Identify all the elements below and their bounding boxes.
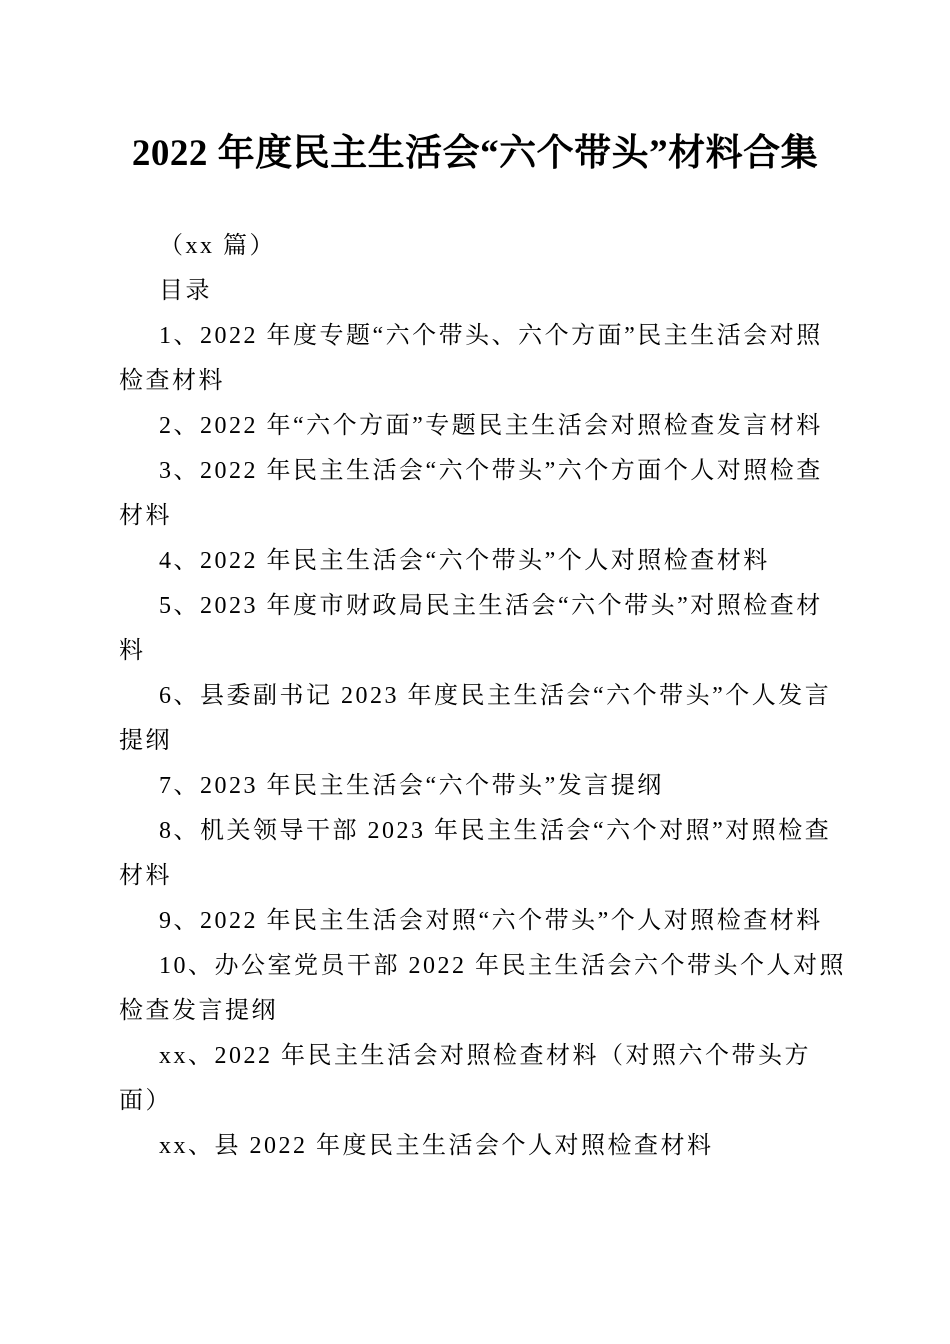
toc-line: 9、2022 年民主生活会对照“六个带头”个人对照检查材料 bbox=[119, 899, 950, 944]
toc-line: 面） bbox=[119, 1079, 950, 1124]
toc-line: 材料 bbox=[119, 494, 950, 539]
toc-line: 4、2022 年民主生活会“六个带头”个人对照检查材料 bbox=[119, 539, 950, 584]
toc-line: 检查发言提纲 bbox=[119, 989, 950, 1034]
toc-line: 材料 bbox=[119, 854, 950, 899]
toc-line: 3、2022 年民主生活会“六个带头”六个方面个人对照检查 bbox=[119, 449, 950, 494]
toc-line: （xx 篇） bbox=[119, 224, 950, 269]
toc-line: 2、2022 年“六个方面”专题民主生活会对照检查发言材料 bbox=[119, 404, 950, 449]
toc-line: 6、县委副书记 2023 年度民主生活会“六个带头”个人发言 bbox=[119, 674, 950, 719]
toc-line: xx、县 2022 年度民主生活会个人对照检查材料 bbox=[119, 1124, 950, 1169]
toc-line: 检查材料 bbox=[119, 359, 950, 404]
document-title: 2022 年度民主生活会“六个带头”材料合集 bbox=[0, 0, 950, 177]
toc-line: 7、2023 年民主生活会“六个带头”发言提纲 bbox=[119, 764, 950, 809]
toc-line: 提纲 bbox=[119, 719, 950, 764]
toc-lines: （xx 篇）目录1、2022 年度专题“六个带头、六个方面”民主生活会对照检查材… bbox=[0, 224, 950, 1169]
toc-line: 10、办公室党员干部 2022 年民主生活会六个带头个人对照 bbox=[119, 944, 950, 989]
toc-line: 料 bbox=[119, 629, 950, 674]
toc-line: 目录 bbox=[119, 269, 950, 314]
toc-line: xx、2022 年民主生活会对照检查材料（对照六个带头方 bbox=[119, 1034, 950, 1079]
toc-line: 8、机关领导干部 2023 年民主生活会“六个对照”对照检查 bbox=[119, 809, 950, 854]
toc-line: 5、2023 年度市财政局民主生活会“六个带头”对照检查材 bbox=[119, 584, 950, 629]
document-page: 2022 年度民主生活会“六个带头”材料合集 （xx 篇）目录1、2022 年度… bbox=[0, 0, 950, 1344]
toc-line: 1、2022 年度专题“六个带头、六个方面”民主生活会对照 bbox=[119, 314, 950, 359]
